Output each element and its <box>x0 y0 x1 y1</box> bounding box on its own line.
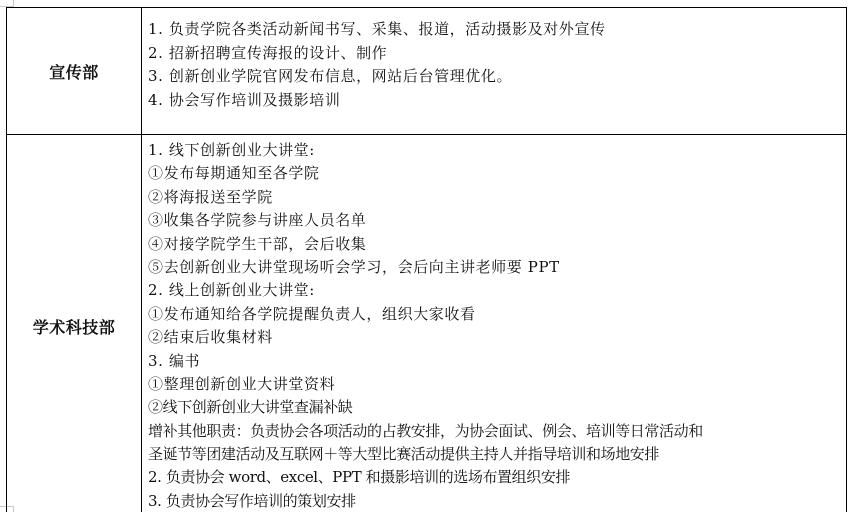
department-name-cell: 学术科技部 <box>7 135 142 512</box>
duty-line: 2. 线上创新创业大讲堂: <box>148 279 840 302</box>
table-row-publicity-dept: 宣传部 1. 负责学院各类活动新闻书写、采集、报道，活动摄影及对外宣传 2. 招… <box>7 8 847 135</box>
duty-line: 1. 负责学院各类活动新闻书写、采集、报道，活动摄影及对外宣传 <box>148 18 840 42</box>
duty-line: ③收集各学院参与讲座人员名单 <box>148 209 840 232</box>
page-corner-mark-top <box>0 0 14 7</box>
department-name-cell: 宣传部 <box>7 8 142 135</box>
duty-line: 2. 招新招聘宣传海报的设计、制作 <box>148 42 840 66</box>
duty-line: ④对接学院学生干部，会后收集 <box>148 233 840 256</box>
duty-line: ⑤去创新创业大讲堂现场听会学习，会后向主讲老师要 PPT <box>148 256 840 279</box>
duty-line: ②结束后收集材料 <box>148 326 840 349</box>
department-duty-table: 宣传部 1. 负责学院各类活动新闻书写、采集、报道，活动摄影及对外宣传 2. 招… <box>6 7 847 512</box>
duty-line: 增补其他职责：负责协会各项活动的占教安排，为协会面试、例会、培训等日常活动和 <box>148 420 840 443</box>
duty-line: 3. 创新创业学院官网发布信息，网站后台管理优化。 <box>148 65 840 89</box>
duty-line: ②将海报送至学院 <box>148 186 840 209</box>
duty-line: ②线下创新创业大讲堂查漏补缺 <box>148 396 840 419</box>
duty-line: 3. 编书 <box>148 350 840 373</box>
duties-cell: 1. 负责学院各类活动新闻书写、采集、报道，活动摄影及对外宣传 2. 招新招聘宣… <box>142 8 847 135</box>
duty-line: 1. 线下创新创业大讲堂: <box>148 139 840 162</box>
duties-cell: 1. 线下创新创业大讲堂: ①发布每期通知至各学院 ②将海报送至学院 ③收集各学… <box>142 135 847 512</box>
duty-line: ①整理创新创业大讲堂资料 <box>148 373 840 396</box>
table-row-academic-tech-dept: 学术科技部 1. 线下创新创业大讲堂: ①发布每期通知至各学院 ②将海报送至学院… <box>7 135 847 512</box>
duty-line: 3. 负责协会写作培训的策划安排 <box>148 490 840 512</box>
duty-line: 圣诞节等团建活动及互联网＋等大型比赛活动提供主持人并指导培训和场地安排 <box>148 443 840 466</box>
duty-line: 2. 负责协会 word、excel、PPT 和摄影培训的选场布置组织安排 <box>148 466 840 489</box>
duty-line: ①发布每期通知至各学院 <box>148 162 840 185</box>
duty-line: ①发布通知给各学院提醒负责人，组织大家收看 <box>148 303 840 326</box>
duty-line: 4. 协会写作培训及摄影培训 <box>148 89 840 113</box>
